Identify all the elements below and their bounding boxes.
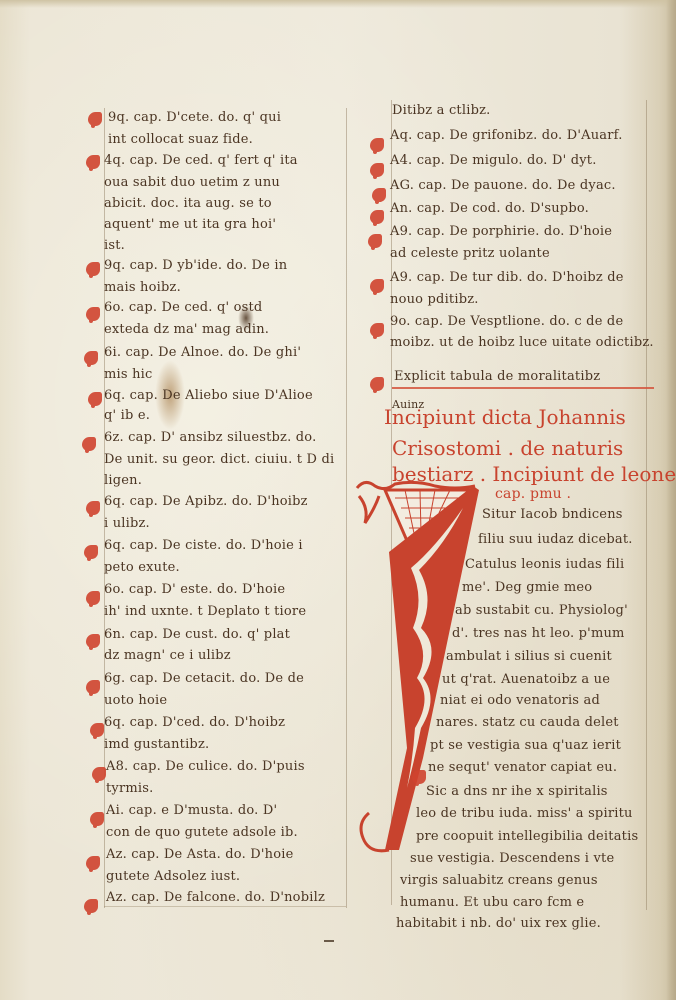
paragraph-mark-icon [370, 377, 384, 391]
text-line: nouo pditibz. [390, 292, 479, 307]
paragraph-mark-icon [90, 723, 104, 737]
text-line: aquent' me ut ita gra hoi' [104, 217, 276, 232]
text-line: dz magn' ce i ulibz [104, 648, 231, 663]
text-line: abicit. doc. ita aug. se to [104, 196, 272, 211]
text-line: tyrmis. [106, 781, 153, 796]
text-line: peto exute. [104, 560, 180, 575]
text-line: A4. cap. De migulo. do. D' dyt. [390, 153, 597, 168]
text-line: ut q'rat. Auenatoibz a ue [442, 672, 610, 687]
text-line: niat ei odo venatoris ad [440, 693, 600, 708]
left-column-right-rule [346, 108, 347, 908]
explicit-line: Explicit tabula de moralitatibz [394, 369, 600, 384]
text-line: ab sustabit cu. Physiolog' [455, 603, 628, 618]
text-line: AG. cap. De pauone. do. De dyac. [390, 178, 616, 193]
right-column-right-rule [646, 100, 647, 910]
text-line: 6q. cap. De Aliebo siue D'Alioe [104, 388, 313, 403]
text-line: A9. cap. De tur dib. do. D'hoibz de [390, 270, 624, 285]
text-line: uoto hoie [104, 693, 167, 708]
paragraph-mark-icon [370, 138, 384, 152]
text-line: mis hic [104, 367, 153, 382]
text-line: 9q. cap. D yb'ide. do. De in [104, 258, 287, 273]
text-line: ist. [104, 238, 125, 253]
rubric-title-line: Incipiunt dicta Johannis [384, 405, 626, 429]
paragraph-mark-icon [84, 545, 98, 559]
paragraph-mark-icon [86, 155, 100, 169]
decorated-initial-i-icon [355, 478, 485, 858]
rubric-title-line: cap. pmu . [495, 486, 571, 502]
text-line: Az. cap. De falcone. do. D'nobilz [106, 890, 325, 905]
text-line: Ditibz a ctlibz. [392, 103, 490, 118]
text-line: mais hoibz. [104, 280, 181, 295]
text-line: 6g. cap. De cetacit. do. De de [104, 671, 304, 686]
manuscript-page: 9q. cap. D'cete. do. q' qui int collocat… [0, 0, 676, 1000]
text-line: int collocat suaz fide. [108, 132, 253, 147]
text-line: con de quo gutete adsole ib. [106, 825, 298, 840]
explicit-underline [392, 387, 654, 389]
text-line: Situr Iacob bndicens [482, 507, 623, 522]
paragraph-mark-icon [82, 437, 96, 451]
text-line: exteda dz ma' mag adin. [104, 322, 269, 337]
text-line: Catulus leonis iudas fili [465, 557, 624, 572]
left-column-bottom-rule [104, 906, 346, 907]
text-line: 6i. cap. De Alnoe. do. De ghi' [104, 345, 301, 360]
text-line: i ulibz. [104, 516, 150, 531]
text-line: Ai. cap. e D'musta. do. D' [106, 803, 277, 818]
paragraph-mark-icon [92, 767, 106, 781]
rubric-title-line: Crisostomi . de naturis [392, 436, 623, 460]
text-line: A8. cap. De culice. do. D'puis [106, 759, 305, 774]
paragraph-mark-icon [370, 279, 384, 293]
text-line: 6o. cap. D' este. do. D'hoie [104, 582, 285, 597]
text-line: An. cap. De cod. do. D'supbo. [390, 201, 589, 216]
text-line: De unit. su geor. dict. ciuiu. t D di [104, 452, 334, 467]
text-line: oua sabit duo uetim z unu [104, 175, 280, 190]
paragraph-mark-icon [84, 899, 98, 913]
paragraph-mark-icon [370, 323, 384, 337]
paragraph-mark-icon [86, 262, 100, 276]
text-line: leo de tribu iuda. miss' a spiritu [416, 806, 633, 821]
text-line: 6n. cap. De cust. do. q' plat [104, 627, 290, 642]
text-line: 6q. cap. D'ced. do. D'hoibz [104, 715, 285, 730]
text-line: 4q. cap. De ced. q' fert q' ita [104, 153, 298, 168]
text-line: ligen. [104, 473, 142, 488]
text-line: Az. cap. De Asta. do. D'hoie [106, 847, 294, 862]
paragraph-mark-icon [86, 501, 100, 515]
paragraph-mark-icon [86, 680, 100, 694]
text-line: 6z. cap. D' ansibz siluestbz. do. [104, 430, 316, 445]
text-line: virgis saluabitz creans genus [400, 873, 598, 888]
page-right-edge [666, 0, 676, 1000]
paragraph-mark-icon [88, 392, 102, 406]
text-line: ambulat i silius si cuenit [446, 649, 612, 664]
text-line: moibz. ut de hoibz luce uitate odictibz. [390, 335, 654, 350]
text-line: ad celeste pritz uolante [390, 246, 550, 261]
paragraph-mark-icon [368, 234, 382, 248]
text-line: gutete Adsolez iust. [106, 869, 240, 884]
paragraph-mark-icon [372, 188, 386, 202]
paragraph-mark-icon [370, 163, 384, 177]
text-line: 6q. cap. De Apibz. do. D'hoibz [104, 494, 308, 509]
text-line: pre coopuit intellegibilia deitatis [416, 829, 638, 844]
paragraph-mark-icon [412, 770, 426, 784]
paragraph-mark-icon [90, 812, 104, 826]
paragraph-mark-icon [86, 856, 100, 870]
text-line: 6o. cap. De ced. q' ostd [104, 300, 262, 315]
text-line: filiu suu iudaz dicebat. [478, 532, 633, 547]
text-line: imd gustantibz. [104, 737, 209, 752]
text-line: Sic a dns nr ihe x spiritalis [426, 784, 608, 799]
paragraph-mark-icon [86, 634, 100, 648]
page-top-edge [0, 0, 676, 8]
text-line: 6q. cap. De ciste. do. D'hoie i [104, 538, 303, 553]
paragraph-mark-icon [370, 210, 384, 224]
text-line: 9q. cap. D'cete. do. q' qui [108, 110, 281, 125]
text-line: sue vestigia. Descendens i vte [410, 851, 614, 866]
text-line: nares. statz cu cauda delet [436, 715, 619, 730]
paragraph-mark-icon [84, 351, 98, 365]
paragraph-mark-icon [88, 112, 102, 126]
text-line: ne sequt' venator capiat eu. [428, 760, 617, 775]
text-line: Aq. cap. De grifonibz. do. D'Auarf. [390, 128, 623, 143]
text-line: A9. cap. De porphirie. do. D'hoie [390, 224, 612, 239]
text-line: humanu. Et ubu caro fcm e [400, 895, 584, 910]
text-line: me'. Deg gmie meo [462, 580, 592, 595]
text-line: q' ib e. [104, 408, 150, 423]
text-line: d'. tres nas ht leo. p'mum [452, 626, 625, 641]
text-line: 9o. cap. De Vesptlione. do. c de de [390, 314, 623, 329]
text-line: ih' ind uxnte. t Deplato t tiore [104, 604, 306, 619]
page-mark [324, 940, 334, 942]
paragraph-mark-icon [86, 307, 100, 321]
paragraph-mark-icon [86, 591, 100, 605]
text-line: pt se vestigia sua q'uaz ierit [430, 738, 621, 753]
text-line: habitabit i nb. do' uix rex glie. [396, 916, 601, 931]
